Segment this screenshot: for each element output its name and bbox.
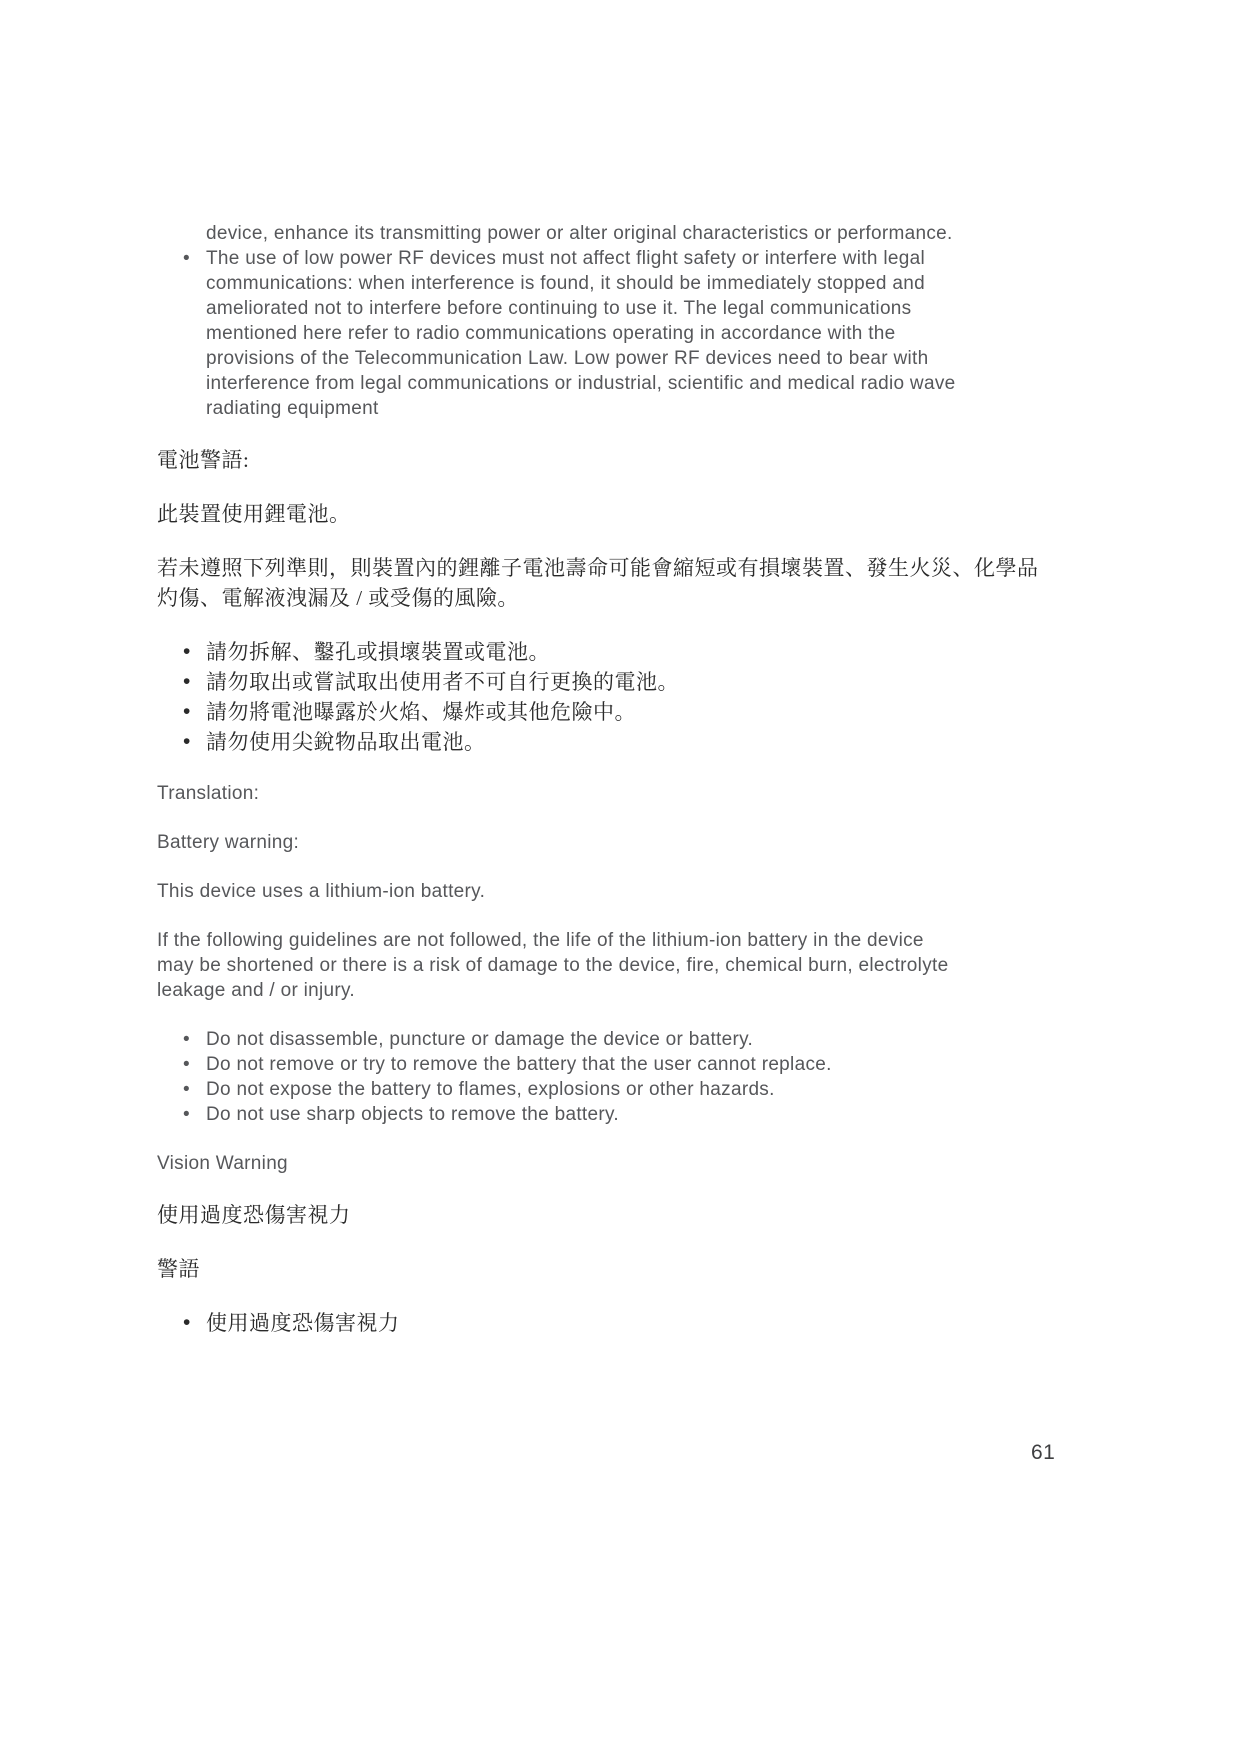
battery-warning-zh-body: 若未遵照下列準則，則裝置內的鋰離子電池壽命可能會縮短或有損壞裝置、發生火災、化學…	[157, 553, 1057, 613]
list-item: • 使用過度恐傷害視力	[157, 1308, 957, 1338]
battery-warning-zh-bullet-text: 請勿將電池曝露於火焰、爆炸或其他危險中。	[206, 700, 636, 724]
list-item: • Do not disassemble, puncture or damage…	[157, 1027, 957, 1052]
list-item: • 請勿使用尖銳物品取出電池。	[157, 727, 957, 757]
vision-warning-zh-line: 使用過度恐傷害視力	[157, 1200, 957, 1230]
list-item: • Do not expose the battery to flames, e…	[157, 1077, 957, 1102]
bullet-icon: •	[183, 246, 190, 271]
battery-warning-zh-bullet-text: 請勿使用尖銳物品取出電池。	[206, 730, 486, 754]
battery-warning-en-bullet-text: Do not use sharp objects to remove the b…	[206, 1104, 619, 1125]
battery-warning-zh-intro: 此裝置使用鋰電池。	[157, 499, 957, 529]
vision-warning-zh-bullet-text: 使用過度恐傷害視力	[206, 1311, 400, 1335]
rf-warning-list: • The use of low power RF devices must n…	[157, 246, 957, 421]
battery-warning-zh-bullet-text: 請勿取出或嘗試取出使用者不可自行更換的電池。	[206, 670, 679, 694]
rf-warning-continuation-text: device, enhance its transmitting power o…	[157, 221, 957, 246]
rf-warning-bullet-text: The use of low power RF devices must not…	[206, 248, 955, 419]
bullet-icon: •	[183, 1308, 191, 1338]
page-number: 61	[1031, 1440, 1055, 1466]
battery-warning-en-bullet-text: Do not expose the battery to flames, exp…	[206, 1079, 775, 1100]
list-item: • Do not remove or try to remove the bat…	[157, 1052, 957, 1077]
bullet-icon: •	[183, 667, 191, 697]
page-content: device, enhance its transmitting power o…	[157, 221, 957, 1362]
battery-warning-zh-heading: 電池警語:	[157, 445, 957, 475]
vision-warning-zh-list: • 使用過度恐傷害視力	[157, 1308, 957, 1338]
bullet-icon: •	[183, 1027, 190, 1052]
bullet-icon: •	[183, 697, 191, 727]
translation-label: Translation:	[157, 781, 957, 806]
vision-warning-zh-label: 警語	[157, 1254, 957, 1284]
bullet-icon: •	[183, 727, 191, 757]
bullet-icon: •	[183, 1102, 190, 1127]
battery-warning-en-body: If the following guidelines are not foll…	[157, 928, 957, 1003]
battery-warning-zh-list: • 請勿拆解、鑿孔或損壞裝置或電池。 • 請勿取出或嘗試取出使用者不可自行更換的…	[157, 637, 957, 757]
battery-warning-en-bullet-text: Do not disassemble, puncture or damage t…	[206, 1029, 753, 1050]
battery-warning-en-intro: This device uses a lithium-ion battery.	[157, 879, 957, 904]
battery-warning-en-list: • Do not disassemble, puncture or damage…	[157, 1027, 957, 1127]
list-item: • The use of low power RF devices must n…	[157, 246, 957, 421]
bullet-icon: •	[183, 1052, 190, 1077]
bullet-icon: •	[183, 1077, 190, 1102]
bullet-icon: •	[183, 637, 191, 667]
battery-warning-en-heading: Battery warning:	[157, 830, 957, 855]
vision-warning-heading: Vision Warning	[157, 1151, 957, 1176]
battery-warning-zh-bullet-text: 請勿拆解、鑿孔或損壞裝置或電池。	[206, 640, 550, 664]
list-item: • 請勿拆解、鑿孔或損壞裝置或電池。	[157, 637, 957, 667]
list-item: • 請勿取出或嘗試取出使用者不可自行更換的電池。	[157, 667, 957, 697]
list-item: • Do not use sharp objects to remove the…	[157, 1102, 957, 1127]
battery-warning-en-bullet-text: Do not remove or try to remove the batte…	[206, 1054, 832, 1075]
document-page: device, enhance its transmitting power o…	[0, 0, 1241, 1754]
list-item: • 請勿將電池曝露於火焰、爆炸或其他危險中。	[157, 697, 957, 727]
